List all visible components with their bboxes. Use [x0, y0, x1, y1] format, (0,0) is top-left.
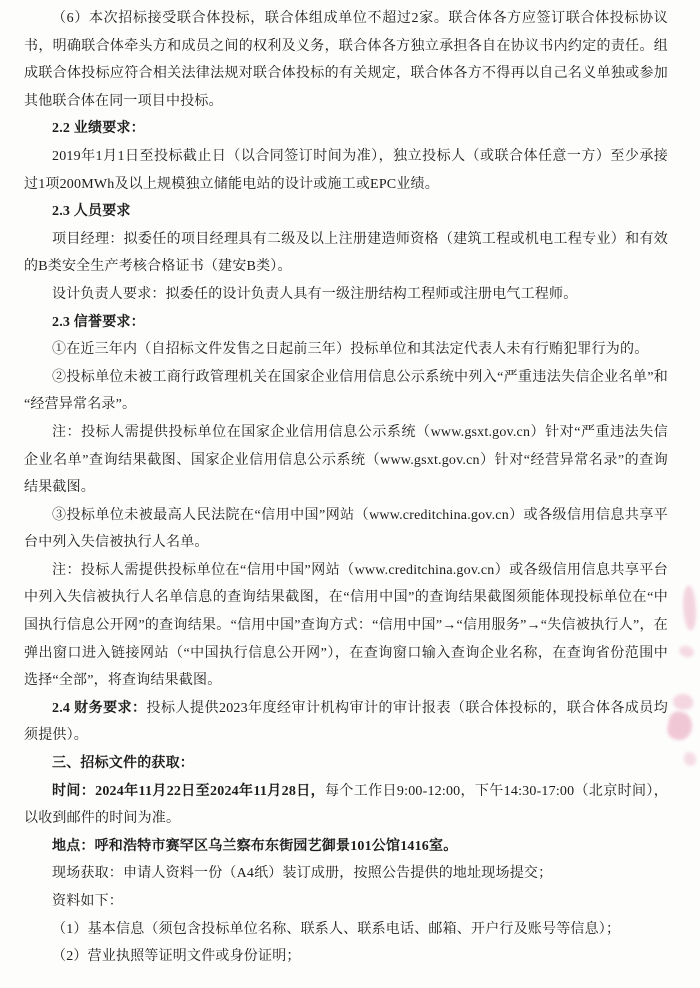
project-manager-requirement: 项目经理：拟委任的项目经理具有二级及以上注册建造师资格（建筑工程或机电工程专业）… [24, 226, 668, 281]
heading-2-3-reputation-requirements: 2.3 信誉要求： [24, 309, 668, 337]
design-lead-requirement: 设计负责人要求：拟委任的设计负责人具有一级注册结构工程师或注册电气工程师。 [24, 281, 668, 309]
heading-2-2-performance-requirements: 2.2 业绩要求： [24, 115, 668, 143]
red-stamp-fragment [672, 692, 694, 711]
obtaining-location: 地点：呼和浩特市赛罕区乌兰察布东街园艺御景101公馆1416室。 [24, 833, 668, 861]
clause-2-4-financial-requirements-bold-lead: 2.4 财务要求： [52, 701, 147, 716]
reputation-item-1-no-bribery: ①在近三年内（自招标文件发售之日起前三年）投标单位和其法定代表人未有行贿犯罪行为… [24, 336, 668, 364]
note-gsxt-screenshots: 注：投标人需提供投标单位在国家企业信用信息公示系统（www.gsxt.gov.c… [24, 419, 668, 502]
red-stamp-fragment [665, 710, 694, 742]
performance-requirement-detail: 2019年1月1日至投标截止日（以合同签订时间为准），独立投标人（或联合体任意一… [24, 143, 668, 198]
document-page: （6）本次招标接受联合体投标，联合体组成单位不超过2家。联合体各方应签订联合体投… [0, 0, 700, 988]
clause-6-consortium-bidding: （6）本次招标接受联合体投标，联合体组成单位不超过2家。联合体各方应签订联合体投… [24, 5, 668, 115]
reputation-item-2-credit-lists: ②投标单位未被工商行政管理机关在国家企业信用信息公示系统中列入“严重违法失信企业… [24, 364, 668, 419]
document-body: （6）本次招标接受联合体投标，联合体组成单位不超过2家。联合体各方应签订联合体投… [24, 5, 668, 971]
onsite-obtaining: 现场获取：申请人资料一份（A4纸）装订成册，按照公告提供的地址现场提交； [24, 860, 668, 888]
material-item-1-basic-info: （1）基本信息（须包含投标单位名称、联系人、联系电话、邮箱、开户行及账号等信息）… [24, 916, 668, 944]
material-item-2-business-license: （2）营业执照等证明文件或身份证明； [24, 943, 668, 971]
obtaining-time-bold-lead: 时间：2024年11月22日至2024年11月28日， [52, 784, 325, 799]
heading-2-3-personnel-requirements: 2.3 人员要求 [24, 198, 668, 226]
obtaining-time: 时间：2024年11月22日至2024年11月28日，每个工作日9:00-12:… [24, 778, 668, 833]
red-stamp-fragment [681, 584, 698, 631]
red-stamp-fragment [682, 750, 699, 768]
red-stamp-fragment [678, 644, 696, 659]
clause-2-4-financial-requirements: 2.4 财务要求：投标人提供2023年度经审计机构审计的审计报表（联合体投标的，… [24, 695, 668, 750]
materials-list-intro: 资料如下： [24, 888, 668, 916]
heading-3-obtaining-tender-documents: 三、招标文件的获取： [24, 750, 668, 778]
reputation-item-3-dishonest-executee: ③投标单位未被最高人民法院在“信用中国”网站（www.creditchina.g… [24, 502, 668, 557]
note-creditchina-screenshots: 注：投标人需提供投标单位在“信用中国”网站（www.creditchina.go… [24, 557, 668, 695]
